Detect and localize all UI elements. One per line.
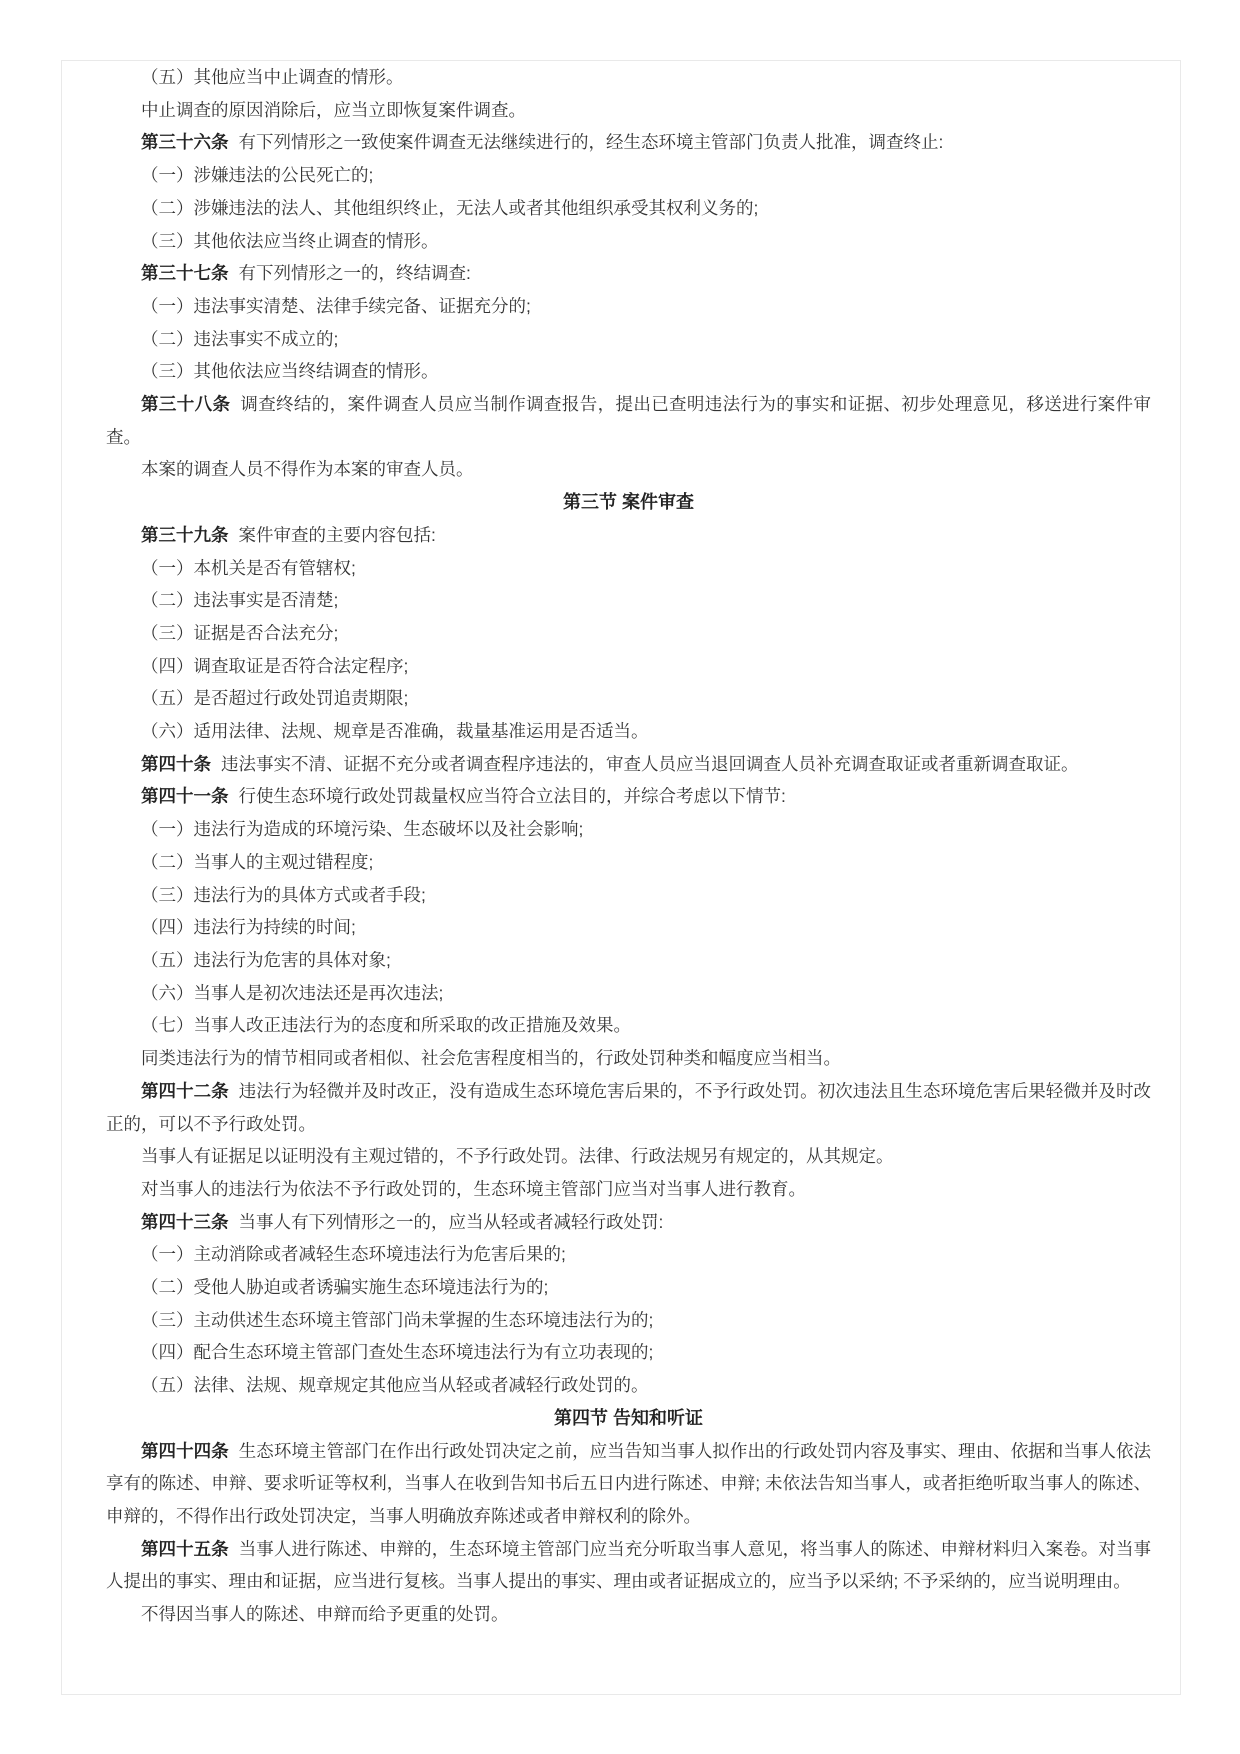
clause-item: （二）当事人的主观过错程度;: [106, 846, 1151, 879]
clause-item: （一）违法事实清楚、法律手续完备、证据充分的;: [106, 290, 1151, 323]
article-paragraph: 第四十五条当事人进行陈述、申辩的，生态环境主管部门应当充分听取当事人意见，将当事…: [106, 1533, 1151, 1598]
article-text: 当事人有下列情形之一的，应当从轻或者减轻行政处罚:: [239, 1212, 664, 1232]
article-number: 第四十二条: [141, 1081, 229, 1101]
clause-item: （二）受他人胁迫或者诱骗实施生态环境违法行为的;: [106, 1271, 1151, 1304]
document-page: （五）其他应当中止调查的情形。中止调查的原因消除后，应当立即恢复案件调查。第三十…: [61, 60, 1181, 1695]
clause-item: （五）其他应当中止调查的情形。: [106, 61, 1151, 94]
article-text: 生态环境主管部门在作出行政处罚决定之前，应当告知当事人拟作出的行政处罚内容及事实…: [106, 1441, 1151, 1526]
clause-item: （三）其他依法应当终结调查的情形。: [106, 355, 1151, 388]
article-text: 有下列情形之一致使案件调查无法继续进行的，经生态环境主管部门负责人批准，调查终止…: [239, 132, 944, 152]
section-heading: 第四节 告知和听证: [106, 1402, 1151, 1435]
clause-item: （四）配合生态环境主管部门查处生态环境违法行为有立功表现的;: [106, 1336, 1151, 1369]
article-text: 行使生态环境行政处罚裁量权应当符合立法目的，并综合考虑以下情节:: [239, 786, 786, 806]
article-text: 调查终结的，案件调查人员应当制作调查报告，提出已查明违法行为的事实和证据、初步处…: [106, 394, 1151, 447]
article-number: 第四十五条: [141, 1539, 229, 1559]
article-number: 第四十一条: [141, 786, 229, 806]
article-text: 当事人进行陈述、申辩的，生态环境主管部门应当充分听取当事人意见，将当事人的陈述、…: [106, 1539, 1151, 1592]
clause-item: （三）主动供述生态环境主管部门尚未掌握的生态环境违法行为的;: [106, 1304, 1151, 1337]
clause-item: （一）本机关是否有管辖权;: [106, 552, 1151, 585]
clause-item: （五）是否超过行政处罚追责期限;: [106, 682, 1151, 715]
section-heading: 第三节 案件审查: [106, 486, 1151, 519]
clause-item: （七）当事人改正违法行为的态度和所采取的改正措施及效果。: [106, 1009, 1151, 1042]
clause-item: （二）违法事实不成立的;: [106, 323, 1151, 356]
article-text: 有下列情形之一的，终结调查:: [239, 263, 471, 283]
clause-item: （一）涉嫌违法的公民死亡的;: [106, 159, 1151, 192]
article-number: 第四十条: [141, 754, 211, 774]
body-paragraph: 当事人有证据足以证明没有主观过错的，不予行政处罚。法律、行政法规另有规定的，从其…: [106, 1140, 1151, 1173]
body-paragraph: 不得因当事人的陈述、申辩而给予更重的处罚。: [106, 1598, 1151, 1631]
clause-item: （六）当事人是初次违法还是再次违法;: [106, 977, 1151, 1010]
clause-item: （一）违法行为造成的环境污染、生态破坏以及社会影响;: [106, 813, 1151, 846]
clause-item: （四）违法行为持续的时间;: [106, 911, 1151, 944]
article-number: 第四十三条: [141, 1212, 229, 1232]
clause-item: （三）违法行为的具体方式或者手段;: [106, 879, 1151, 912]
article-paragraph: 第四十一条行使生态环境行政处罚裁量权应当符合立法目的，并综合考虑以下情节:: [106, 780, 1151, 813]
article-text: 案件审查的主要内容包括:: [239, 525, 436, 545]
article-paragraph: 第三十六条有下列情形之一致使案件调查无法继续进行的，经生态环境主管部门负责人批准…: [106, 126, 1151, 159]
clause-item: （六）适用法律、法规、规章是否准确，裁量基准运用是否适当。: [106, 715, 1151, 748]
article-paragraph: 第三十九条案件审查的主要内容包括:: [106, 519, 1151, 552]
clause-item: （五）法律、法规、规章规定其他应当从轻或者减轻行政处罚的。: [106, 1369, 1151, 1402]
article-text: 违法行为轻微并及时改正，没有造成生态环境危害后果的，不予行政处罚。初次违法且生态…: [106, 1081, 1151, 1134]
article-number: 第三十八条: [141, 394, 230, 414]
clause-item: （一）主动消除或者减轻生态环境违法行为危害后果的;: [106, 1238, 1151, 1271]
body-paragraph: 对当事人的违法行为依法不予行政处罚的，生态环境主管部门应当对当事人进行教育。: [106, 1173, 1151, 1206]
body-paragraph: 本案的调查人员不得作为本案的审查人员。: [106, 453, 1151, 486]
article-paragraph: 第三十七条有下列情形之一的，终结调查:: [106, 257, 1151, 290]
body-paragraph: 中止调查的原因消除后，应当立即恢复案件调查。: [106, 94, 1151, 127]
clause-item: （三）证据是否合法充分;: [106, 617, 1151, 650]
article-paragraph: 第四十二条违法行为轻微并及时改正，没有造成生态环境危害后果的，不予行政处罚。初次…: [106, 1075, 1151, 1140]
article-paragraph: 第四十三条当事人有下列情形之一的，应当从轻或者减轻行政处罚:: [106, 1206, 1151, 1239]
article-paragraph: 第四十条违法事实不清、证据不充分或者调查程序违法的，审查人员应当退回调查人员补充…: [106, 748, 1151, 781]
article-number: 第三十六条: [141, 132, 229, 152]
article-number: 第三十九条: [141, 525, 229, 545]
clause-item: （四）调查取证是否符合法定程序;: [106, 650, 1151, 683]
article-text: 违法事实不清、证据不充分或者调查程序违法的，审查人员应当退回调查人员补充调查取证…: [221, 754, 1079, 774]
article-paragraph: 第四十四条生态环境主管部门在作出行政处罚决定之前，应当告知当事人拟作出的行政处罚…: [106, 1435, 1151, 1533]
clause-item: （五）违法行为危害的具体对象;: [106, 944, 1151, 977]
body-paragraph: 同类违法行为的情节相同或者相似、社会危害程度相当的，行政处罚种类和幅度应当相当。: [106, 1042, 1151, 1075]
article-paragraph: 第三十八条调查终结的，案件调查人员应当制作调查报告，提出已查明违法行为的事实和证…: [106, 388, 1151, 453]
clause-item: （二）涉嫌违法的法人、其他组织终止，无法人或者其他组织承受其权利义务的;: [106, 192, 1151, 225]
clause-item: （三）其他依法应当终止调查的情形。: [106, 225, 1151, 258]
clause-item: （二）违法事实是否清楚;: [106, 584, 1151, 617]
article-number: 第四十四条: [141, 1441, 229, 1461]
article-number: 第三十七条: [141, 263, 229, 283]
